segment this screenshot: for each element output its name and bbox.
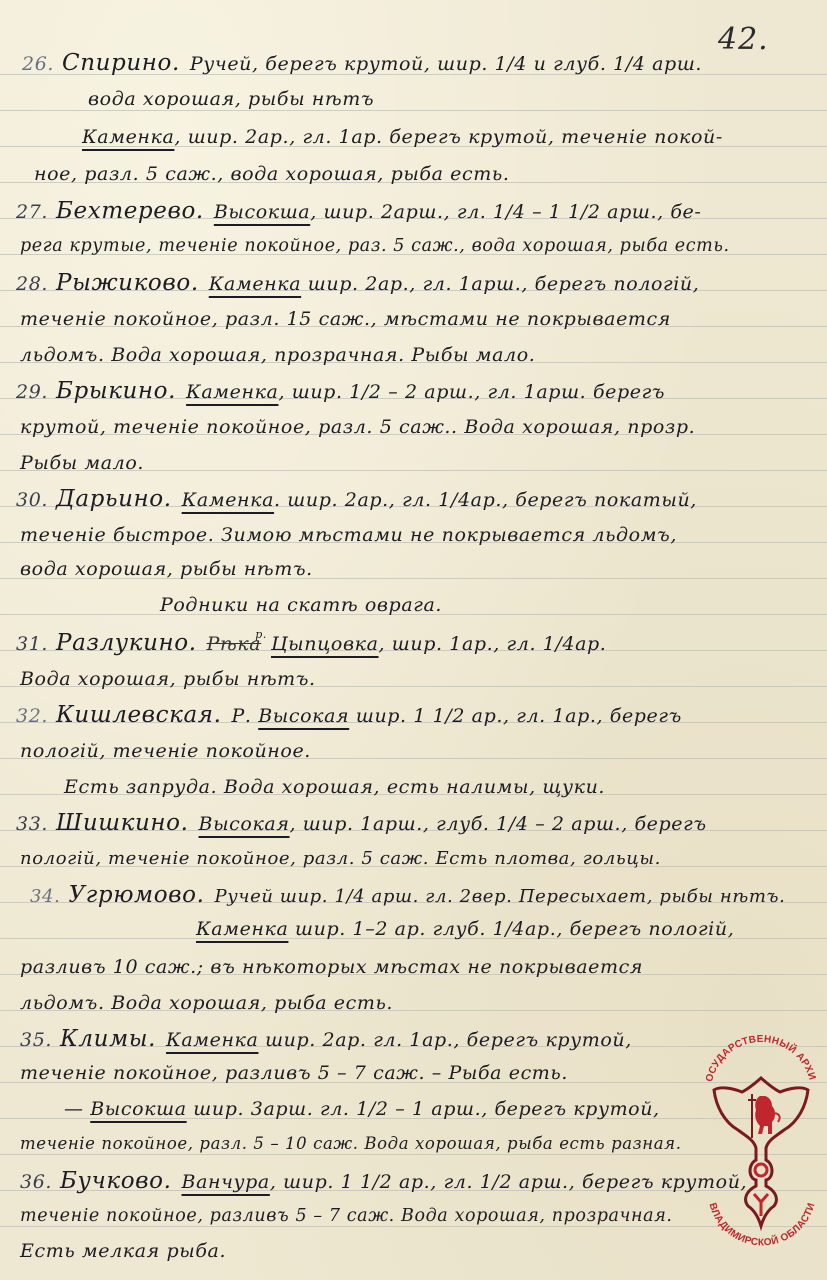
- entry-text: теченiе покойное, разливъ 5 – 7 саж. – Р…: [20, 1062, 568, 1084]
- river-name: Цыпцовка: [271, 633, 379, 655]
- entry-line: пологiй, теченiе покойное.: [20, 740, 311, 762]
- entry-number: 27.: [16, 201, 48, 223]
- entry-line: теченiе покойное, разл. 15 саж., мѣстами…: [20, 308, 671, 330]
- entry-text: , шир. 1арш., глуб. 1/4 – 2 арш., берегъ: [290, 813, 707, 835]
- entry-line: ное, разл. 5 саж., вода хорошая, рыба ес…: [34, 163, 509, 185]
- entry-line: пологiй, теченiе покойное, разл. 5 саж. …: [20, 848, 661, 869]
- entry-number: 35.: [20, 1029, 52, 1051]
- entry-line: льдомъ. Вода хорошая, рыба есть.: [20, 992, 393, 1014]
- village-name: Бучково.: [60, 1168, 171, 1194]
- entry-text: льдомъ. Вода хорошая, прозрачная. Рыбы м…: [20, 344, 535, 366]
- entry-line: Каменка, шир. 2ар., гл. 1ар. берегъ крут…: [82, 126, 723, 148]
- entry-number: 33.: [16, 813, 48, 835]
- river-name: Высокая: [199, 813, 290, 835]
- entry-line: 26.Спирино.Ручей, берегъ крутой, шир. 1/…: [22, 50, 702, 76]
- entry-number: 29.: [16, 381, 48, 403]
- entry-text: Есть мелкая рыба.: [20, 1240, 226, 1262]
- entry-line: 27.Бехтерево.Высокша, шир. 2арш., гл. 1/…: [16, 198, 701, 224]
- entry-text: шир. 2ар., гл. 1арш., берегъ пологiй,: [301, 273, 699, 295]
- village-name: Разлукино.: [56, 630, 197, 656]
- entry-number: 32.: [16, 705, 48, 727]
- entry-text: Рыбы мало.: [20, 452, 144, 474]
- entry-line: вода хорошая, рыбы нѣтъ.: [20, 558, 313, 580]
- entry-text: , шир. 1 1/2 ар., гл. 1/2 арш., берегъ к…: [270, 1171, 747, 1193]
- entry-text: теченiе покойное, разливъ 5 – 7 саж. Вод…: [20, 1206, 673, 1226]
- archive-stamp: ГОСУДАРСТВЕННЫЙ АРХИВ ВЛАДИМИРСКОЙ ОБЛАС…: [702, 1030, 820, 1260]
- entry-text: Вода хорошая, рыбы нѣтъ.: [20, 668, 316, 690]
- document-page: 42. 26.Спирино.Ручей, берегъ крутой, шир…: [0, 0, 827, 1280]
- entry-text: крутой, теченiе покойное, разл. 5 саж.. …: [20, 416, 695, 438]
- entry-text: ное, разл. 5 саж., вода хорошая, рыба ес…: [34, 163, 509, 185]
- entry-text: , шир. 1ар., гл. 1/4ар.: [379, 633, 607, 655]
- entry-line: Есть мелкая рыба.: [20, 1240, 226, 1262]
- entry-line: 29.Брыкино.Каменка, шир. 1/2 – 2 арш., г…: [16, 378, 665, 404]
- river-name: Каменка: [209, 273, 301, 295]
- village-name: Шишкино.: [56, 810, 189, 836]
- entry-text: , шир. 2арш., гл. 1/4 – 1 1/2 арш., бе-: [310, 201, 701, 223]
- river-name: Высокша: [214, 201, 310, 223]
- village-name: Кишлевская.: [56, 702, 222, 728]
- entry-line: теченiе быстрое. Зимою мѣстами не покрыв…: [20, 524, 677, 546]
- entry-line: льдомъ. Вода хорошая, прозрачная. Рыбы м…: [20, 344, 535, 366]
- river-prefix: Р.: [232, 705, 259, 727]
- river-name: Высокая: [258, 705, 349, 727]
- river-name: Каменка: [196, 918, 288, 940]
- entry-line: Вода хорошая, рыбы нѣтъ.: [20, 668, 316, 690]
- entry-text: Родники на скатѣ оврага.: [160, 594, 442, 616]
- entry-line: — Высокша шир. 3арш. гл. 1/2 – 1 арш., б…: [64, 1098, 660, 1120]
- entry-line: Рыбы мало.: [20, 452, 144, 474]
- entry-line: теченiе покойное, разливъ 5 – 7 саж. – Р…: [20, 1062, 568, 1084]
- entry-line: рега крутые, теченiе покойное, раз. 5 са…: [20, 236, 730, 256]
- entry-line: 34.Угрюмово.Ручей шир. 1/4 арш. гл. 2вер…: [30, 882, 785, 908]
- entry-line: вода хорошая, рыбы нѣтъ: [88, 88, 374, 110]
- village-name: Климы.: [60, 1026, 156, 1052]
- entry-text: Ручей шир. 1/4 арш. гл. 2вер. Пересыхает…: [215, 886, 786, 907]
- river-prefix: —: [64, 1098, 90, 1120]
- entry-line: крутой, теченiе покойное, разл. 5 саж.. …: [20, 416, 695, 438]
- page-number: 42.: [718, 22, 769, 57]
- river-name: Каменка: [186, 381, 278, 403]
- svg-text:ГОСУДАРСТВЕННЫЙ АРХИВ: ГОСУДАРСТВЕННЫЙ АРХИВ: [702, 1030, 817, 1083]
- correction-note: р.: [255, 628, 267, 641]
- entry-text: шир. 1 1/2 ар., гл. 1ар., берегъ: [349, 705, 682, 727]
- archive-emblem-icon: ГОСУДАРСТВЕННЫЙ АРХИВ ВЛАДИМИРСКОЙ ОБЛАС…: [702, 1030, 820, 1260]
- river-name: Высокша: [90, 1098, 186, 1120]
- entry-text: пологiй, теченiе покойное, разл. 5 саж. …: [20, 848, 661, 869]
- river-name: Каменка: [182, 489, 274, 511]
- entry-text: , шир. 1/2 – 2 арш., гл. 1арш. берегъ: [278, 381, 665, 403]
- river-name: Каменка: [82, 126, 174, 148]
- entry-line: 33.Шишкино.Высокая, шир. 1арш., глуб. 1/…: [16, 810, 707, 836]
- entry-text: шир. 1–2 ар. глуб. 1/4ар., берегъ пологi…: [288, 918, 734, 940]
- village-name: Рыжиково.: [56, 270, 199, 296]
- entry-text: вода хорошая, рыбы нѣтъ.: [20, 558, 313, 580]
- entry-text: шир. 2ар. гл. 1ар., берегъ крутой,: [258, 1029, 631, 1051]
- entry-number: 30.: [16, 489, 48, 511]
- village-name: Угрюмово.: [68, 882, 204, 908]
- crossed-out-text: Рѣка: [207, 633, 262, 655]
- river-name: Ванчура: [182, 1171, 270, 1193]
- entry-text: вода хорошая, рыбы нѣтъ: [88, 88, 374, 110]
- village-name: Спирино.: [62, 50, 180, 76]
- river-name: Каменка: [166, 1029, 258, 1051]
- entry-text: льдомъ. Вода хорошая, рыба есть.: [20, 992, 393, 1014]
- entry-line: 31.Разлукино.Рѣкар.Цыпцовка, шир. 1ар., …: [16, 630, 606, 656]
- entry-line: 32.Кишлевская.Р. Высокая шир. 1 1/2 ар.,…: [16, 702, 682, 728]
- entry-line: Есть запруда. Вода хорошая, есть налимы,…: [64, 776, 605, 798]
- stamp-top-text: ГОСУДАРСТВЕННЫЙ АРХИВ: [702, 1030, 817, 1083]
- entry-line: 35.Климы.Каменка шир. 2ар. гл. 1ар., бер…: [20, 1026, 632, 1052]
- entry-text: Есть запруда. Вода хорошая, есть налимы,…: [64, 776, 605, 798]
- entry-line: теченiе покойное, разливъ 5 – 7 саж. Вод…: [20, 1206, 673, 1226]
- ruled-line: [0, 110, 827, 111]
- entry-number: 36.: [20, 1171, 52, 1193]
- entry-text: . шир. 2ар., гл. 1/4ар., берегъ покатый,: [274, 489, 697, 511]
- entry-text: Ручей, берегъ крутой, шир. 1/4 и глуб. 1…: [190, 53, 702, 75]
- entry-text: пологiй, теченiе покойное.: [20, 740, 311, 762]
- entry-line: 28.Рыжиково.Каменка шир. 2ар., гл. 1арш.…: [16, 270, 699, 296]
- entry-line: 30.Дарьино.Каменка. шир. 2ар., гл. 1/4ар…: [16, 486, 697, 512]
- entry-text: разливъ 10 саж.; въ нѣкоторых мѣстах не …: [20, 956, 643, 978]
- entry-line: теченiе покойное, разл. 5 – 10 саж. Вода…: [20, 1134, 682, 1153]
- entry-line: Каменка шир. 1–2 ар. глуб. 1/4ар., берег…: [196, 918, 734, 940]
- entry-number: 31.: [16, 633, 48, 655]
- entry-text: рега крутые, теченiе покойное, раз. 5 са…: [20, 236, 730, 256]
- entry-text: теченiе покойное, разл. 5 – 10 саж. Вода…: [20, 1134, 682, 1153]
- entry-line: разливъ 10 саж.; въ нѣкоторых мѣстах не …: [20, 956, 643, 978]
- entry-text: шир. 3арш. гл. 1/2 – 1 арш., берегъ крут…: [187, 1098, 660, 1120]
- entry-line: 36.Бучково.Ванчура, шир. 1 1/2 ар., гл. …: [20, 1168, 747, 1194]
- entry-number: 28.: [16, 273, 48, 295]
- section-heading: Родники на скатѣ оврага.: [160, 594, 442, 616]
- village-name: Дарьино.: [56, 486, 172, 512]
- village-name: Бехтерево.: [56, 198, 204, 224]
- entry-text: , шир. 2ар., гл. 1ар. берегъ крутой, теч…: [174, 126, 722, 148]
- entry-number: 34.: [30, 886, 60, 907]
- village-name: Брыкино.: [56, 378, 176, 404]
- entry-text: теченiе покойное, разл. 15 саж., мѣстами…: [20, 308, 671, 330]
- entry-text: теченiе быстрое. Зимою мѣстами не покрыв…: [20, 524, 677, 546]
- entry-number: 26.: [22, 53, 54, 75]
